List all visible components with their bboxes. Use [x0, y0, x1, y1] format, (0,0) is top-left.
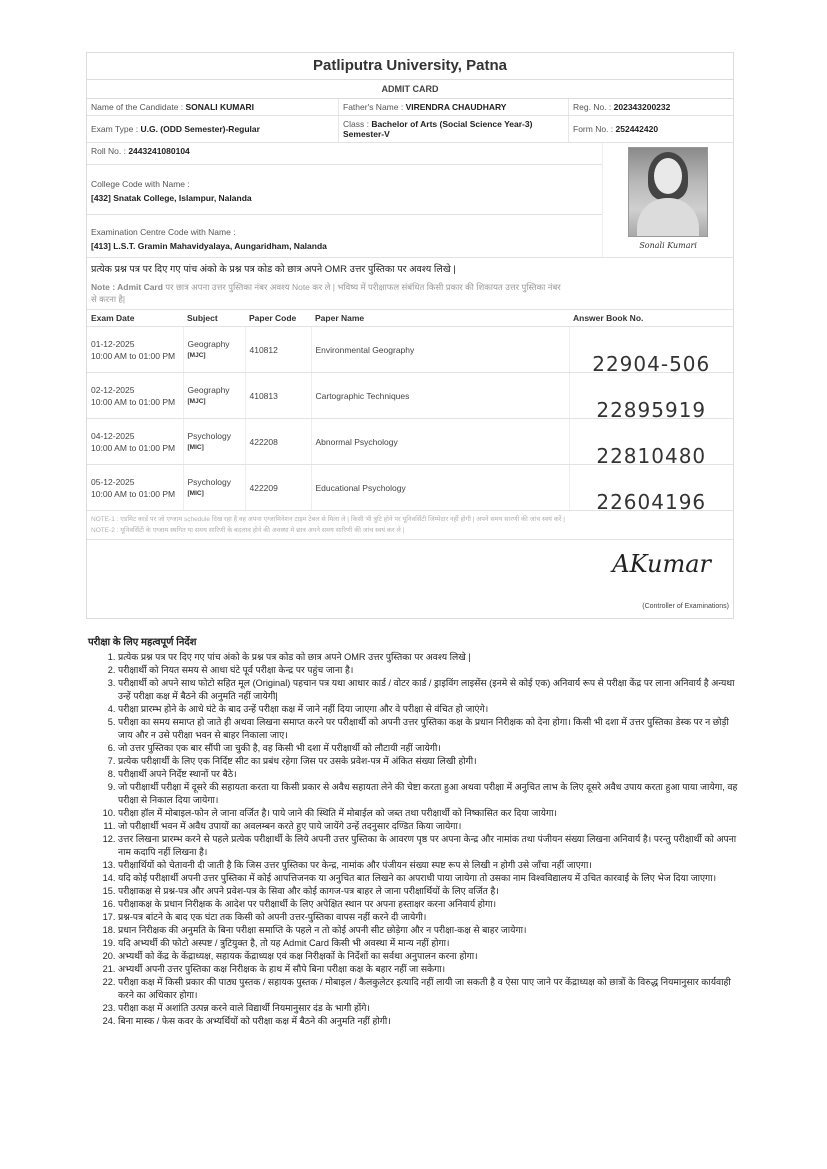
instruction-item: परीक्षा का समय समाप्त हो जाते ही अथवा लि…: [118, 716, 738, 742]
table-row: 04-12-202510:00 AM to 01:00 PMPsychology…: [87, 419, 733, 465]
paper-name: Environmental Geography: [311, 327, 569, 373]
instruction-item: परीक्षा हॉल में मोबाइल-फोन ले जाना वर्जि…: [118, 807, 738, 820]
exam-date: 05-12-202510:00 AM to 01:00 PM: [87, 465, 183, 511]
subject: Psychology[MIC]: [183, 419, 245, 465]
instruction-item: परीक्षार्थियों को चेतावनी दी जाती है कि …: [118, 859, 738, 872]
instruction-item: परीक्षा कक्ष में किसी प्रकार की पाठ्य पु…: [118, 976, 738, 1002]
centre-info: Examination Centre Code with Name : [413…: [87, 215, 602, 257]
paper-code: 410813: [245, 373, 311, 419]
instruction-item: प्रत्येक प्रश्न पत्र पर दिए गए पांच अंको…: [118, 651, 738, 664]
omr-instruction: प्रत्येक प्रश्न पत्र पर दिए गए पांच अंको…: [87, 258, 733, 279]
roll-number: Roll No. : 2443241080104: [87, 143, 602, 165]
subject: Geography[MJC]: [183, 327, 245, 373]
instruction-item: परीक्षा प्रारम्भ होने के आधे घंटे के बाद…: [118, 703, 738, 716]
header-subject: Subject: [183, 310, 245, 327]
instruction-item: यदि कोई परीक्षार्थी अपनी उत्तर पुस्तिका …: [118, 872, 738, 885]
instructions-title: परीक्षा के लिए महत्वपूर्ण निर्देश: [88, 636, 738, 649]
instruction-item: जो परीक्षार्थी भवन में अवैध उपायों का अव…: [118, 820, 738, 833]
schedule-notes: NOTE-1 : एडमिट कार्ड पर जो एग्जाम schedu…: [87, 511, 733, 540]
paper-name: Abnormal Psychology: [311, 419, 569, 465]
answer-book-number: 22810480: [569, 419, 733, 465]
answer-book-number: 22895919: [569, 373, 733, 419]
subject: Psychology[MIC]: [183, 465, 245, 511]
instruction-item: प्रश्न-पत्र बांटने के बाद एक घंटा तक किस…: [118, 911, 738, 924]
note: Note : Admit Card पर छात्र अपना उत्तर पु…: [87, 279, 565, 309]
candidate-signature: Sonali Kumari: [639, 241, 697, 250]
instruction-item: परीक्षार्थी को नियत समय से आधा घंटे पूर्…: [118, 664, 738, 677]
subject: Geography[MJC]: [183, 373, 245, 419]
header-answer-book: Answer Book No.: [569, 310, 733, 327]
paper-code: 422209: [245, 465, 311, 511]
instruction-item: परीक्षाकक्ष से प्रश्न-पत्र और अपने प्रवे…: [118, 885, 738, 898]
info-and-photo: Roll No. : 2443241080104 College Code wi…: [87, 143, 733, 257]
instruction-item: उत्तर लिखना प्रारम्भ करने से पहले प्रत्य…: [118, 833, 738, 859]
instruction-item: जो परीक्षार्थी परीक्षा में दूसरे की सहाय…: [118, 781, 738, 807]
instruction-item: परीक्षा कक्ष में अशांति उत्पन्न करने वाल…: [118, 1002, 738, 1015]
instruction-item: जो उत्तर पुस्तिका एक बार सौंपी जा चुकी ह…: [118, 742, 738, 755]
paper-code: 410812: [245, 327, 311, 373]
header-paper-name: Paper Name: [311, 310, 569, 327]
candidate-row-2: Exam Type : U.G. (ODD Semester)-Regular …: [87, 116, 733, 143]
admit-card: Patliputra University, Patna ADMIT CARD …: [86, 52, 734, 619]
candidate-photo: [628, 147, 708, 237]
university-title: Patliputra University, Patna: [87, 53, 733, 80]
exam-date: 04-12-202510:00 AM to 01:00 PM: [87, 419, 183, 465]
instruction-item: परीक्षाकक्ष के प्रधान निरीक्षक के आदेश प…: [118, 898, 738, 911]
answer-book-number: 22904-506: [569, 327, 733, 373]
instruction-item: प्रधान निरीक्षक की अनुमति के बिना परीक्ष…: [118, 924, 738, 937]
instruction-item: परीक्षार्थी अपने निर्देष्ट स्थानों पर बै…: [118, 768, 738, 781]
instructions-list: प्रत्येक प्रश्न पत्र पर दिए गए पांच अंको…: [88, 651, 738, 1028]
form-number: Form No. : 252442420: [568, 116, 733, 142]
note-2: NOTE-2 : यूनिवर्सिटी के एग्जाम स्थगित या…: [91, 525, 729, 536]
registration-number: Reg. No. : 202343200232: [568, 99, 733, 115]
instruction-item: प्रत्येक परीक्षार्थी के लिए एक निर्दिष्ट…: [118, 755, 738, 768]
college-info: College Code with Name : [432] Snatak Co…: [87, 165, 602, 215]
paper-name: Cartographic Techniques: [311, 373, 569, 419]
class: Class : Bachelor of Arts (Social Science…: [338, 116, 568, 142]
header-paper-code: Paper Code: [245, 310, 311, 327]
instruction-item: अभ्यर्थी अपनी उत्तर पुस्तिका कक्ष निरीक्…: [118, 963, 738, 976]
controller-label: (Controller of Examinations): [642, 603, 729, 610]
instruction-item: अभ्यर्थी को केंद्र के केंद्राध्यक्ष, सहा…: [118, 950, 738, 963]
photo-section: Sonali Kumari: [602, 143, 733, 257]
table-row: 01-12-202510:00 AM to 01:00 PMGeography[…: [87, 327, 733, 373]
controller-section: AKumar (Controller of Examinations): [87, 540, 733, 618]
answer-book-number: 22604196: [569, 465, 733, 511]
exam-type: Exam Type : U.G. (ODD Semester)-Regular: [87, 116, 338, 142]
note-1: NOTE-1 : एडमिट कार्ड पर जो एग्जाम schedu…: [91, 514, 729, 525]
instruction-item: यदि अभ्यर्थी की फोटो अस्पष्ट / त्रुटियुक…: [118, 937, 738, 950]
candidate-row-1: Name of the Candidate : SONALI KUMARI Fa…: [87, 99, 733, 116]
paper-name: Educational Psychology: [311, 465, 569, 511]
exam-schedule-table: Exam Date Subject Paper Code Paper Name …: [87, 310, 733, 511]
instruction-item: बिना मास्क / फेस कवर के अभ्यर्थियों को प…: [118, 1015, 738, 1028]
controller-signature: AKumar: [612, 550, 711, 578]
table-row: 05-12-202510:00 AM to 01:00 PMPsychology…: [87, 465, 733, 511]
father-name: Father's Name : VIRENDRA CHAUDHARY: [338, 99, 568, 115]
header-exam-date: Exam Date: [87, 310, 183, 327]
exam-date: 01-12-202510:00 AM to 01:00 PM: [87, 327, 183, 373]
paper-code: 422208: [245, 419, 311, 465]
document-title: ADMIT CARD: [87, 80, 733, 99]
instructions-section: परीक्षा के लिए महत्वपूर्ण निर्देश प्रत्य…: [88, 636, 738, 1028]
instruction-item: परीक्षार्थी को अपने साथ फोटो सहित मूल (O…: [118, 677, 738, 703]
exam-date: 02-12-202510:00 AM to 01:00 PM: [87, 373, 183, 419]
table-row: 02-12-202510:00 AM to 01:00 PMGeography[…: [87, 373, 733, 419]
candidate-name: Name of the Candidate : SONALI KUMARI: [87, 99, 338, 115]
